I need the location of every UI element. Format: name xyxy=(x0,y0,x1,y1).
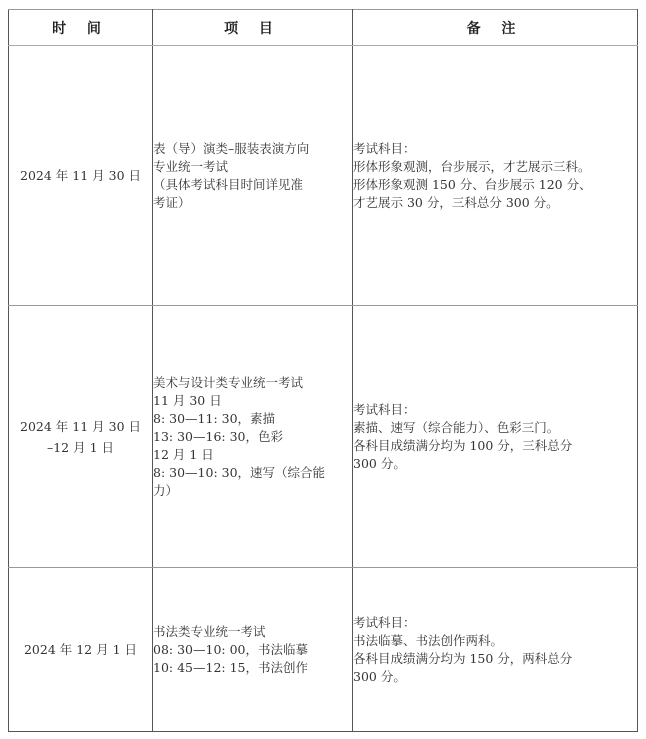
project-line: 11 月 30 日 xyxy=(153,392,352,410)
exam-schedule-table: 时 间 项 目 备 注 2024 年 11 月 30 日 表（导）演类–服装表演… xyxy=(8,9,638,732)
table-header-row: 时 间 项 目 备 注 xyxy=(9,10,638,46)
project-line: 8: 30—11: 30，素描 xyxy=(153,410,352,428)
project-line: 专业统一考试 xyxy=(153,158,352,176)
header-project: 项 目 xyxy=(153,10,353,46)
table-row: 2024 年 11 月 30 日 表（导）演类–服装表演方向 专业统一考试 （具… xyxy=(9,46,638,306)
project-line: 表（导）演类–服装表演方向 xyxy=(153,140,352,158)
project-line: 12 月 1 日 xyxy=(153,446,352,464)
header-time: 时 间 xyxy=(9,10,153,46)
time-cell: 2024 年 11 月 30 日 xyxy=(9,46,153,306)
notes-line: 才艺展示 30 分，三科总分 300 分。 xyxy=(353,194,637,212)
notes-cell: 考试科目： 形体形象观测，台步展示，才艺展示三科。 形体形象观测 150 分、台… xyxy=(353,46,638,306)
notes-line: 各科目成绩满分均为 100 分，三科总分 xyxy=(353,437,637,455)
notes-line: 考试科目： xyxy=(353,401,637,419)
project-line: 8: 30—10: 30，速写（综合能 xyxy=(153,464,352,482)
notes-cell: 考试科目： 素描、速写（综合能力）、色彩三门。 各科目成绩满分均为 100 分，… xyxy=(353,306,638,568)
notes-line: 书法临摹、书法创作两科。 xyxy=(353,632,637,650)
project-line: 力） xyxy=(153,482,352,500)
time-line: 2024 年 11 月 30 日 xyxy=(9,416,152,437)
project-line: 书法类专业统一考试 xyxy=(153,623,352,641)
time-line: –12 月 1 日 xyxy=(9,437,152,458)
notes-cell: 考试科目： 书法临摹、书法创作两科。 各科目成绩满分均为 150 分，两科总分 … xyxy=(353,568,638,732)
notes-line: 各科目成绩满分均为 150 分，两科总分 xyxy=(353,650,637,668)
project-line: （具体考试科目时间详见准 xyxy=(153,176,352,194)
time-cell: 2024 年 12 月 1 日 xyxy=(9,568,153,732)
notes-line: 素描、速写（综合能力）、色彩三门。 xyxy=(353,419,637,437)
time-line: 2024 年 12 月 1 日 xyxy=(9,639,152,660)
project-line: 美术与设计类专业统一考试 xyxy=(153,374,352,392)
notes-line: 考试科目： xyxy=(353,614,637,632)
project-line: 08: 30—10: 00，书法临摹 xyxy=(153,641,352,659)
time-cell: 2024 年 11 月 30 日 –12 月 1 日 xyxy=(9,306,153,568)
table-row: 2024 年 12 月 1 日 书法类专业统一考试 08: 30—10: 00，… xyxy=(9,568,638,732)
project-cell: 书法类专业统一考试 08: 30—10: 00，书法临摹 10: 45—12: … xyxy=(153,568,353,732)
project-line: 13: 30—16: 30，色彩 xyxy=(153,428,352,446)
notes-line: 形体形象观测 150 分、台步展示 120 分、 xyxy=(353,176,637,194)
time-line: 2024 年 11 月 30 日 xyxy=(9,165,152,186)
notes-line: 形体形象观测，台步展示，才艺展示三科。 xyxy=(353,158,637,176)
table-row: 2024 年 11 月 30 日 –12 月 1 日 美术与设计类专业统一考试 … xyxy=(9,306,638,568)
notes-line: 300 分。 xyxy=(353,455,637,473)
notes-line: 300 分。 xyxy=(353,668,637,686)
project-line: 10: 45—12: 15，书法创作 xyxy=(153,659,352,677)
header-notes: 备 注 xyxy=(353,10,638,46)
project-line: 考证） xyxy=(153,194,352,212)
notes-line: 考试科目： xyxy=(353,140,637,158)
project-cell: 表（导）演类–服装表演方向 专业统一考试 （具体考试科目时间详见准 考证） xyxy=(153,46,353,306)
project-cell: 美术与设计类专业统一考试 11 月 30 日 8: 30—11: 30，素描 1… xyxy=(153,306,353,568)
